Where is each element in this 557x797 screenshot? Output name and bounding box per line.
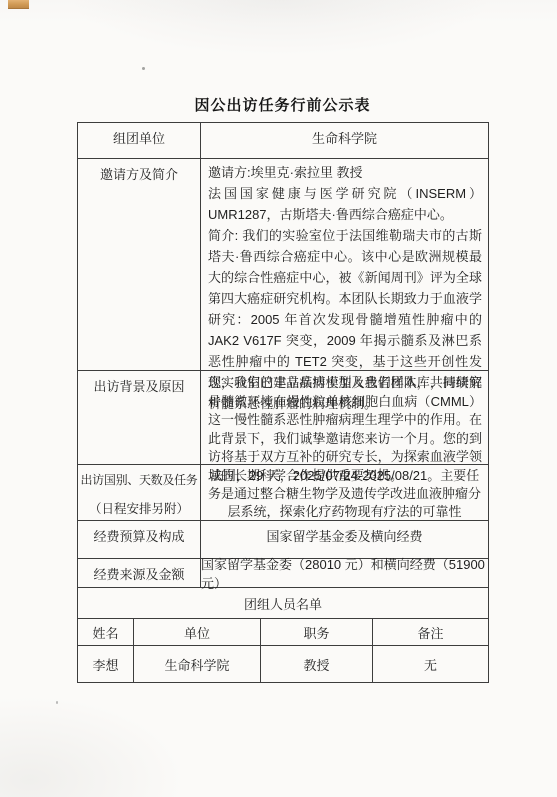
notice-form-table: 组团单位 生命科学院 邀请方及简介 邀请方:埃里克·索拉里 教授 法国国家健康与… [77,122,489,683]
budget-value: 国家留学基金委及横向经费 [201,521,488,558]
budget-label: 经费预算及构成 [78,521,201,558]
group-unit-label: 组团单位 [78,123,201,158]
inviter-line-2: 法国国家健康与医学研究院（INSERM）UMR1287，古斯塔夫·鲁西综合癌症中… [208,183,482,225]
row-background: 出访背景及原因 您实验室的丰晶晶博士加入我们团队，共同研究骨髓微环境在慢性粒单核… [78,371,488,465]
group-unit-value: 生命科学院 [201,123,488,158]
scanned-document-page: 因公出访任务行前公示表 组团单位 生命科学院 邀请方及简介 邀请方:埃里克·索拉… [0,0,557,797]
member-position: 教授 [261,646,373,682]
personnel-header-note: 备注 [373,619,488,645]
row-inviter: 邀请方及简介 邀请方:埃里克·索拉里 教授 法国国家健康与医学研究院（INSER… [78,159,488,371]
row-group-unit: 组团单位 生命科学院 [78,123,488,159]
personnel-header-unit: 单位 [134,619,261,645]
background-label: 出访背景及原因 [78,371,201,464]
personnel-header-position: 职务 [261,619,373,645]
background-value: 您实验室的丰晶晶博士加入我们团队，共同研究骨髓微环境在慢性粒单核细胞白血病（CM… [201,371,488,464]
scan-corner-sticker [8,0,29,9]
destination-label: 出访国别、天数及任务 （日程安排另附） [78,465,201,520]
row-personnel-member: 李想 生命科学院 教授 无 [78,646,488,682]
row-destination: 出访国别、天数及任务 （日程安排另附） 法国，29 天，2025/07/24-2… [78,465,488,521]
destination-label-line1: 出访国别、天数及任务 [80,471,197,488]
destination-value: 法国，29 天，2025/07/24-2025/08/21。主要任务是通过整合糖… [201,465,488,520]
destination-label-line2: （日程安排另附） [89,499,189,517]
row-personnel-section: 团组人员名单 [78,588,488,619]
member-name: 李想 [78,646,134,682]
scan-speck [56,701,58,704]
personnel-section-title: 团组人员名单 [78,588,488,618]
inviter-value: 邀请方:埃里克·索拉里 教授 法国国家健康与医学研究院（INSERM）UMR12… [201,159,488,370]
member-unit: 生命科学院 [134,646,261,682]
page-title: 因公出访任务行前公示表 [77,94,488,115]
personnel-header-name: 姓名 [78,619,134,645]
inviter-label: 邀请方及简介 [78,159,201,370]
row-funding: 经费来源及金额 国家留学基金委（28010 元）和横向经费（51900 元） [78,559,488,588]
funding-label: 经费来源及金额 [78,559,201,587]
funding-value: 国家留学基金委（28010 元）和横向经费（51900 元） [201,559,488,587]
member-note: 无 [373,646,488,682]
inviter-line-1: 邀请方:埃里克·索拉里 教授 [208,162,482,183]
scan-speck [142,67,145,70]
row-personnel-header: 姓名 单位 职务 备注 [78,619,488,646]
